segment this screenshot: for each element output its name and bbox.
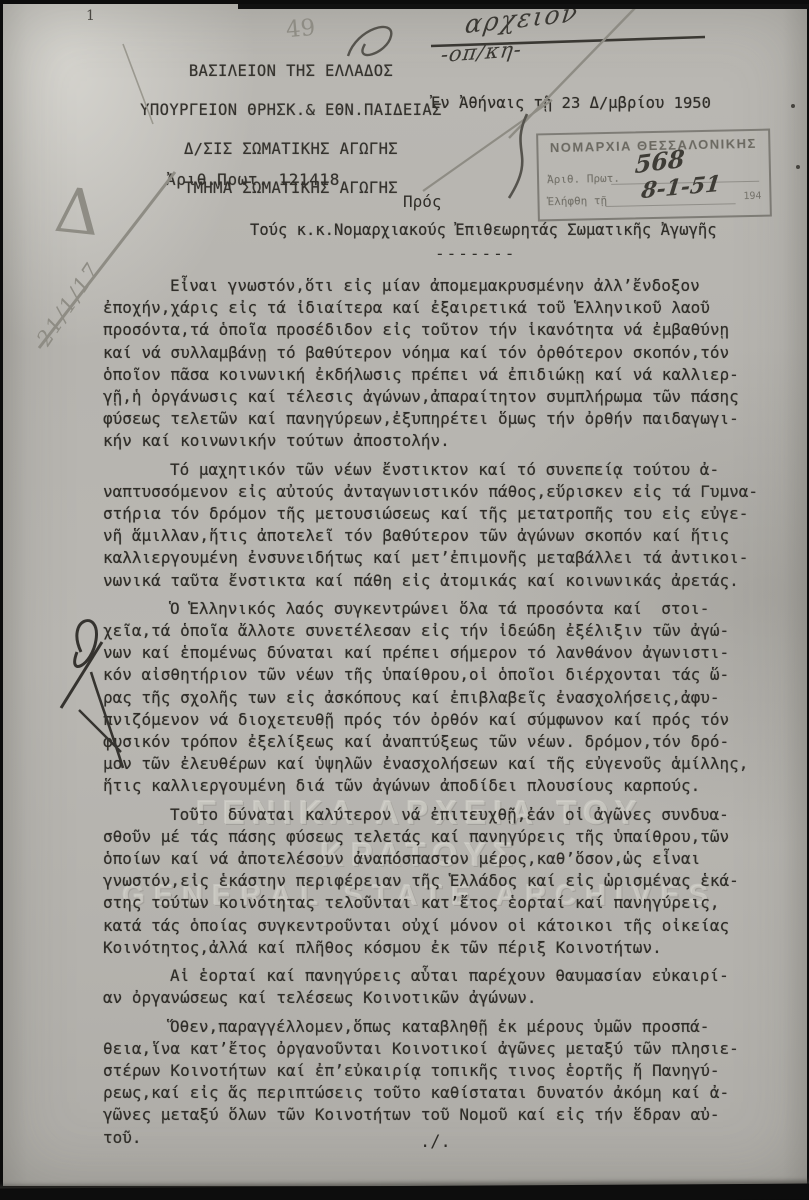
continuation-mark: ./. bbox=[420, 1132, 451, 1152]
corner-mark-annotation: 1 bbox=[86, 8, 95, 24]
margin-date-annotation: 21/1/17 bbox=[32, 258, 105, 350]
paragraph-4: Τοῦτο δύναται καλύτερον νά ἐπιτευχθῇ,ἐάν… bbox=[103, 804, 785, 959]
stamp-year-hint: 194 bbox=[743, 191, 761, 202]
recipient-pros-label: Πρός bbox=[403, 192, 442, 211]
ink-seven-scribble bbox=[509, 114, 527, 198]
receipt-stamp: ΝΟΜΑΡΧΙΑ ΘΕΣΣΑΛΟΝΙΚΗΣ Ἀριθ. Πρωτ. Ἐλήφθη… bbox=[536, 129, 772, 222]
paragraph-6: Ὅθεν,παραγγέλλομεν,ὅπως καταβληθῇ ἐκ μέρ… bbox=[103, 1016, 785, 1149]
margin-ink-slash bbox=[61, 642, 102, 708]
stamp-protocol-label: Ἀριθ. Πρωτ. bbox=[547, 172, 620, 187]
paragraph-3: Ὁ Ἑλληνικός λαός συγκεντρώνει ὅλα τά προ… bbox=[103, 598, 785, 798]
document-paper: ΓΕΝΙΚΑ ΑΡΧΕΙΑ ΤΟΥ ΚΡΑΤΟΥΣ GENERAL STATE … bbox=[3, 4, 807, 1186]
scanned-page: { "letterhead": { "line1": "ΒΑΣΙΛΕΙΟΝ ΤΗ… bbox=[0, 0, 809, 1200]
stamp-received-label: Ἐλήφθη τῇ bbox=[547, 194, 607, 208]
dateline: Ἐν Ἀθήναις τῇ 23 Δ/μβρίου 1950 bbox=[431, 94, 711, 112]
paragraph-5: Αἱ ἑορταί καί πανηγύρεις αὗται παρέχουν … bbox=[103, 965, 785, 1009]
margin-ink-loop bbox=[75, 621, 97, 667]
ink-dot bbox=[796, 165, 800, 169]
document-body: Εἶναι γνωστόν,ὅτι εἰς μίαν ἀπομεμακρυσμέ… bbox=[103, 275, 785, 1155]
letterhead-kingdom: ΒΑΣΙΛΕΙΟΝ ΤΗΣ ΕΛΛΑΔΟΣ bbox=[189, 62, 393, 80]
margin-delta-annotation: Δ bbox=[52, 180, 103, 244]
divider-dashes: ------- bbox=[435, 244, 516, 263]
letterhead-ministry: ΥΠΟΥΡΓΕΙΟΝ ΘΡΗΣΚ.& ΕΘΝ.ΠΑΙΔΕΙΑΣ bbox=[140, 101, 442, 119]
page-number-annotation: 49 bbox=[285, 15, 316, 43]
stamp-received-line bbox=[606, 203, 736, 207]
paragraph-1: Εἶναι γνωστόν,ὅτι εἰς μίαν ἀπομεμακρυσμέ… bbox=[103, 275, 785, 453]
paragraph-2: Τό μαχητικόν τῶν νέων ἔνστικτον καί τό σ… bbox=[103, 459, 785, 592]
recipient-addressee: Τούς κ.κ.Νομαρχιακούς Ἐπιθεωρητάς Σωματι… bbox=[250, 221, 717, 239]
top-flourish-scribble bbox=[348, 27, 391, 56]
scan-edge-top bbox=[238, 4, 809, 9]
protocol-number: Ἀριθ.Πρωτ. 121418 bbox=[166, 170, 340, 189]
archive-subnote-annotation: -οπ/κη- bbox=[439, 37, 523, 67]
letterhead-directorate: Δ/ΣΙΣ ΣΩΜΑΤΙΚΗΣ ΑΓΩΓΗΣ bbox=[184, 140, 398, 158]
ink-dot bbox=[791, 104, 795, 108]
